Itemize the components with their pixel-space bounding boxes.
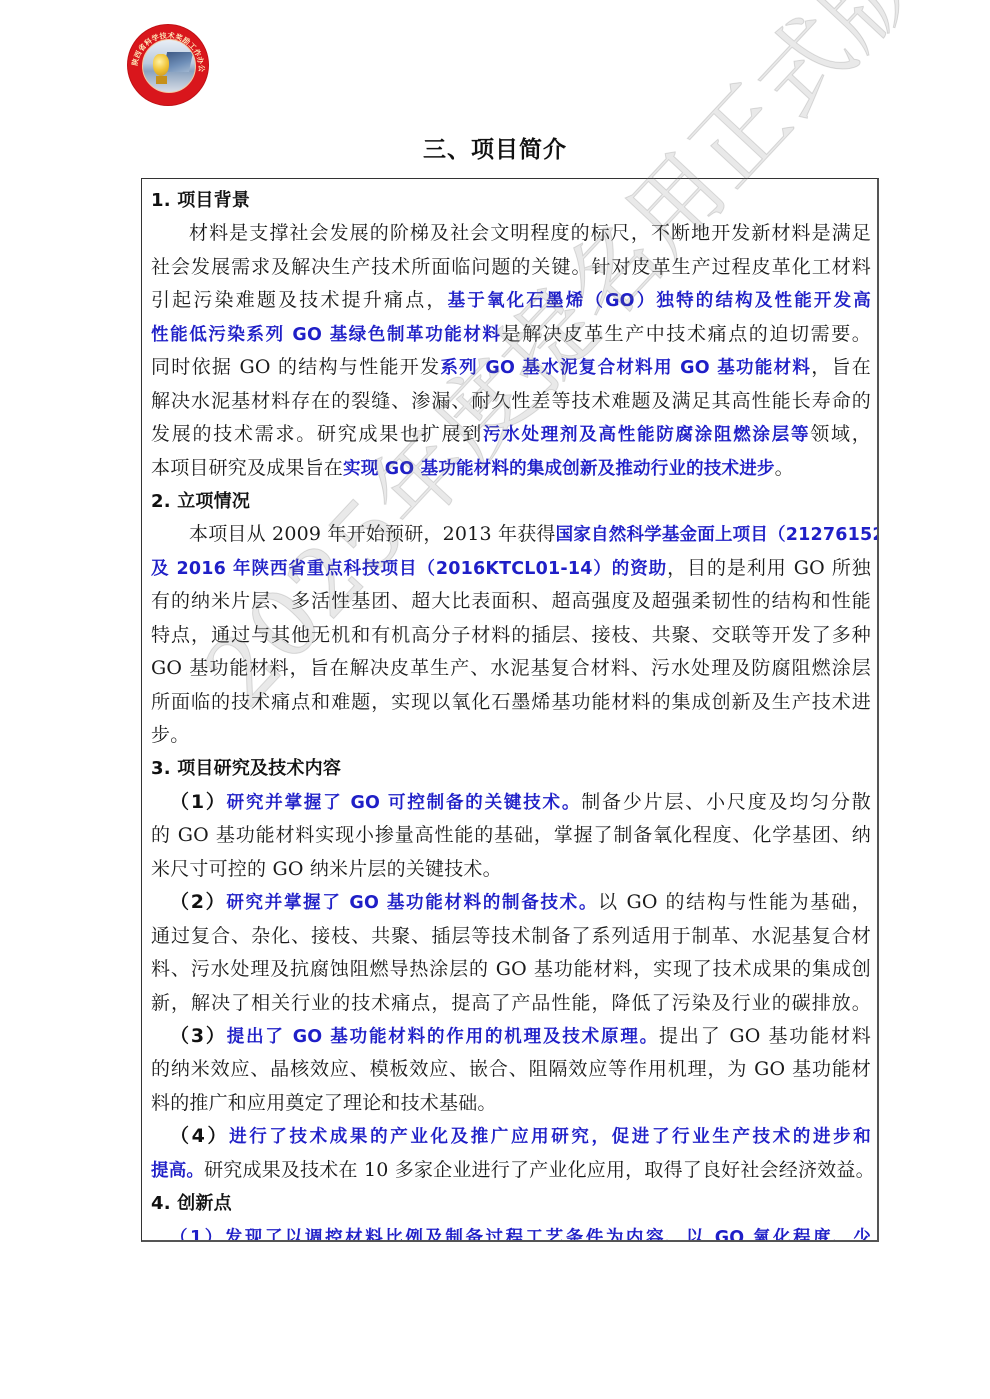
paragraph-line: 步。 bbox=[151, 719, 871, 752]
highlighted-text: 国家自然科学基金面上项目（21276152） bbox=[556, 525, 879, 545]
text-run: 领域， bbox=[810, 423, 871, 445]
highlighted-text: 实现 GO 基功能材料的集成创新及推动行业的技术进步 bbox=[343, 459, 775, 479]
text-run: 提出了 GO 基功能材料 bbox=[659, 1025, 871, 1047]
paragraph-line: 本项目研究及成果旨在实现 GO 基功能材料的集成创新及推动行业的技术进步。 bbox=[151, 452, 871, 485]
research-item-1-line: （1）研究并掌握了 GO 可控制备的关键技术。制备少片层、小尺度及均匀分散 bbox=[151, 786, 871, 819]
paragraph-line: GO 基功能材料，旨在解决皮革生产、水泥基复合材料、污水处理及防腐阻燃涂层 bbox=[151, 652, 871, 685]
text-run: ，目的是利用 GO 所独 bbox=[667, 557, 871, 579]
text-run: ，旨在 bbox=[811, 356, 871, 378]
text-run: 的 GO 基功能材料实现小掺量高性能的基础，掌握了制备氧化程度、化学基团、纳 bbox=[151, 824, 871, 846]
highlighted-text: 性能低污染系列 GO 基绿色制革功能材料 bbox=[151, 325, 502, 345]
text-run: 社会发展需求及解决生产技术所面临问题的关键。针对皮革生产过程皮革化工材料 bbox=[151, 256, 871, 278]
text-run: 。 bbox=[775, 457, 794, 479]
section-heading-innovation: 4. 创新点 bbox=[151, 1187, 871, 1220]
section-heading-approval: 2. 立项情况 bbox=[151, 485, 871, 518]
highlighted-text: 基于氧化石墨烯（GO）独特的结构及性能开发高 bbox=[448, 291, 871, 311]
highlighted-text: 系列 GO 基水泥复合材料用 GO 基功能材料 bbox=[440, 358, 811, 378]
section-title: 项目背景 bbox=[177, 190, 250, 211]
paragraph-line: 同时依据 GO 的结构与性能开发系列 GO 基水泥复合材料用 GO 基功能材料，… bbox=[151, 351, 871, 384]
paragraph-line: 的 GO 基功能材料实现小掺量高性能的基础，掌握了制备氧化程度、化学基团、纳 bbox=[151, 819, 871, 852]
item-number: （1） bbox=[170, 1228, 225, 1242]
highlighted-text: 发现了以调控材料比例及制备过程工艺条件为内容、以 GO 氧化程度、少 bbox=[225, 1228, 871, 1242]
item-number: （4） bbox=[170, 1125, 229, 1147]
text-run: 特点，通过与其他无机和有机高分子材料的插层、接枝、共聚、交联等开发了多种 bbox=[151, 624, 871, 646]
text-run: 本项目研究及成果旨在 bbox=[151, 457, 343, 479]
seal-emblem-image bbox=[142, 39, 196, 93]
text-run: 材料是支撑社会发展的阶梯及社会文明程度的标尺，不断地开发新材料是满足 bbox=[189, 222, 871, 244]
text-run: 步。 bbox=[151, 724, 189, 746]
text-run: 所面临的技术痛点和难题，实现以氧化石墨烯基功能材料的集成创新及生产技术进 bbox=[151, 691, 871, 713]
item-number: （3） bbox=[170, 1025, 227, 1047]
section-number: 4. bbox=[151, 1193, 171, 1214]
text-run: 米尺寸可控的 GO 纳米片层的关键技术。 bbox=[151, 858, 502, 880]
paragraph-line: 提高。研究成果及技术在 10 多家企业进行了产业化应用，取得了良好社会经济效益。 bbox=[151, 1154, 871, 1187]
highlighted-text: 研究并掌握了 GO 可控制备的关键技术。 bbox=[227, 793, 582, 813]
paragraph-line: 米尺寸可控的 GO 纳米片层的关键技术。 bbox=[151, 853, 871, 886]
section-heading-research: 3. 项目研究及技术内容 bbox=[151, 752, 871, 785]
highlighted-text: 污水处理剂及高性能防腐涂阻燃涂层等 bbox=[483, 425, 810, 445]
section-number: 1. bbox=[151, 190, 171, 211]
paragraph-line: 有的纳米片层、多活性基团、超大比表面积、超高强度及超强柔韧性的结构和性能 bbox=[151, 585, 871, 618]
text-run: 本项目从 2009 年开始预研，2013 年获得 bbox=[189, 523, 556, 545]
item-number: （2） bbox=[170, 891, 226, 913]
text-run: 通过复合、杂化、接枝、共聚、插层等技术制备了系列适用于制革、水泥基复合材 bbox=[151, 925, 871, 947]
text-run: 有的纳米片层、多活性基团、超大比表面积、超高强度及超强柔韧性的结构和性能 bbox=[151, 590, 871, 612]
paragraph-line: 发展的技术需求。研究成果也扩展到污水处理剂及高性能防腐涂阻燃涂层等领域， bbox=[151, 418, 871, 451]
text-run: GO 基功能材料，旨在解决皮革生产、水泥基复合材料、污水处理及防腐阻燃涂层 bbox=[151, 657, 871, 679]
section-title: 项目研究及技术内容 bbox=[177, 758, 341, 779]
paragraph-line: 解决水泥基材料存在的裂缝、渗漏、耐久性差等技术难题及满足其高性能长寿命的 bbox=[151, 385, 871, 418]
section-number: 3. bbox=[151, 758, 171, 779]
paragraph-line: 特点，通过与其他无机和有机高分子材料的插层、接枝、共聚、交联等开发了多种 bbox=[151, 619, 871, 652]
text-run: 研究成果及技术在 10 多家企业进行了产业化应用，取得了良好社会经济效益。 bbox=[204, 1159, 875, 1181]
research-item-2-line: （2）研究并掌握了 GO 基功能材料的制备技术。以 GO 的结构与性能为基础， bbox=[151, 886, 871, 919]
text-run: 的纳米效应、晶核效应、模板效应、嵌合、阻隔效应等作用机理，为 GO 基功能材 bbox=[151, 1058, 871, 1080]
text-run: 发展的技术需求。研究成果也扩展到 bbox=[151, 423, 483, 445]
highlighted-text: 及 2016 年陕西省重点科技项目（2016KTCL01-14）的资助 bbox=[151, 559, 667, 579]
organization-seal-logo: 陕西省科学技术奖励工作办公室 bbox=[128, 25, 208, 105]
paragraph-line: 的纳米效应、晶核效应、模板效应、嵌合、阻隔效应等作用机理，为 GO 基功能材 bbox=[151, 1053, 871, 1086]
text-run: 引起污染难题及技术提升痛点， bbox=[151, 289, 448, 311]
section-number: 2. bbox=[151, 491, 171, 512]
section-heading-background: 1. 项目背景 bbox=[151, 184, 871, 217]
paragraph-line: 社会发展需求及解决生产技术所面临问题的关键。针对皮革生产过程皮革化工材料 bbox=[151, 251, 871, 284]
item-number: （1） bbox=[170, 791, 227, 813]
paragraph-line: 及 2016 年陕西省重点科技项目（2016KTCL01-14）的资助，目的是利… bbox=[151, 552, 871, 585]
text-run: 以 GO 的结构与性能为基础， bbox=[598, 891, 871, 913]
text-run: 是解决皮革生产中技术痛点的迫切需要。 bbox=[502, 323, 871, 345]
research-item-4-line: （4）进行了技术成果的产业化及推广应用研究，促进了行业生产技术的进步和 bbox=[151, 1120, 871, 1153]
section-title: 创新点 bbox=[177, 1193, 232, 1214]
paragraph-line: 本项目从 2009 年开始预研，2013 年获得国家自然科学基金面上项目（212… bbox=[151, 518, 871, 551]
highlighted-text: 提高。 bbox=[151, 1161, 204, 1181]
text-run: 料、污水处理及抗腐蚀阻燃导热涂层的 GO 基功能材料，实现了技术成果的集成创 bbox=[151, 958, 871, 980]
highlighted-text: 进行了技术成果的产业化及推广应用研究，促进了行业生产技术的进步和 bbox=[229, 1127, 871, 1147]
project-summary-box: 1. 项目背景 材料是支撑社会发展的阶梯及社会文明程度的标尺，不断地开发新材料是… bbox=[141, 178, 879, 1242]
text-run: 新，解决了相关行业的技术痛点，提高了产品性能，降低了污染及行业的碳排放。 bbox=[151, 992, 871, 1014]
paragraph-line: 料、污水处理及抗腐蚀阻燃导热涂层的 GO 基功能材料，实现了技术成果的集成创 bbox=[151, 953, 871, 986]
research-item-3-line: （3）提出了 GO 基功能材料的作用的机理及技术原理。提出了 GO 基功能材料 bbox=[151, 1020, 871, 1053]
text-run: 同时依据 GO 的结构与性能开发 bbox=[151, 356, 440, 378]
paragraph-line: 材料是支撑社会发展的阶梯及社会文明程度的标尺，不断地开发新材料是满足 bbox=[151, 217, 871, 250]
paragraph-line: 料的推广和应用奠定了理论和技术基础。 bbox=[151, 1087, 871, 1120]
text-run: 解决水泥基材料存在的裂缝、渗漏、耐久性差等技术难题及满足其高性能长寿命的 bbox=[151, 390, 871, 412]
highlighted-text: 提出了 GO 基功能材料的作用的机理及技术原理。 bbox=[227, 1027, 659, 1047]
paragraph-line: 所面临的技术痛点和难题，实现以氧化石墨烯基功能材料的集成创新及生产技术进 bbox=[151, 686, 871, 719]
innovation-item-1-line: （1）发现了以调控材料比例及制备过程工艺条件为内容、以 GO 氧化程度、少 bbox=[151, 1221, 871, 1242]
text-run: 料的推广和应用奠定了理论和技术基础。 bbox=[151, 1092, 497, 1114]
section-title: 立项情况 bbox=[177, 491, 250, 512]
highlighted-text: 研究并掌握了 GO 基功能材料的制备技术。 bbox=[226, 893, 598, 913]
paragraph-line: 性能低污染系列 GO 基绿色制革功能材料是解决皮革生产中技术痛点的迫切需要。 bbox=[151, 318, 871, 351]
paragraph-line: 通过复合、杂化、接枝、共聚、插层等技术制备了系列适用于制革、水泥基复合材 bbox=[151, 920, 871, 953]
trophy-base-icon bbox=[156, 76, 167, 84]
paragraph-line: 新，解决了相关行业的技术痛点，提高了产品性能，降低了污染及行业的碳排放。 bbox=[151, 987, 871, 1020]
trophy-icon bbox=[153, 54, 169, 76]
page-title: 三、项目简介 bbox=[0, 131, 990, 164]
text-run: 制备少片层、小尺度及均匀分散 bbox=[581, 791, 871, 813]
paragraph-line: 引起污染难题及技术提升痛点，基于氧化石墨烯（GO）独特的结构及性能开发高 bbox=[151, 284, 871, 317]
